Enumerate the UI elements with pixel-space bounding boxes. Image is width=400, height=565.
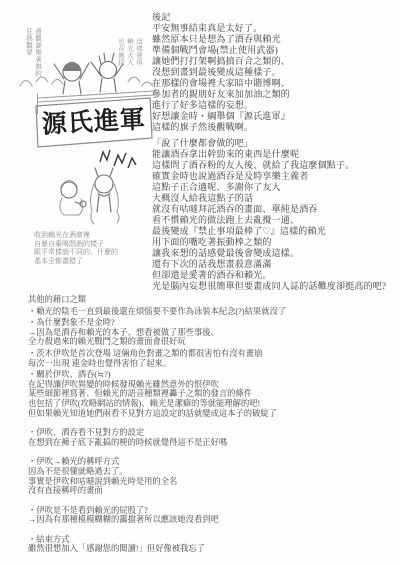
banner-flag: 源氏進軍 — [36, 98, 152, 147]
kintoki-figure-sketch — [54, 62, 89, 94]
left-note-column: 狂熱觀眾 — [24, 28, 33, 100]
note-line: ・伊吹→賴光的稱呼方式 — [28, 457, 286, 467]
left-margin-note: 邊觀賽舉著旗的 狂熱觀眾 — [24, 28, 42, 100]
text-line: 確實金時也說過酒吞是及時享樂主義者 — [152, 171, 386, 182]
afterword-paragraph-2: 「說了什麼都會做的吧」 能讓酒吞拿出幹勁來的東西是什麼呢 這樣問了酒吞粉的友人後… — [152, 138, 386, 292]
note-group: ・為什麼對象不是金時? →因為是酒吞和賴光的本子、想看被做了那些事後、 全力殺過… — [28, 318, 286, 347]
note-line: 沒有直接稱呼的畫面 — [28, 486, 286, 496]
note-line: 雖然很想加入「感謝您的閱讀!」但好像被我忘了 — [28, 544, 286, 554]
text-line: 大概沒人給我這點子的話 — [152, 193, 386, 204]
caption-line: 自暴自棄喝悶酒的樣子 — [34, 240, 118, 249]
note-group: ・茨木伊吹是首次登場 這倆角色對畫之類的都很害怕有沒有畫崩 每次一出現 連金時也… — [28, 349, 286, 368]
text-line: 看不慣賴光的做法跑上去亂攪一通、 — [152, 215, 386, 226]
text-line: 這樣問了酒吞粉的友人後、就給了我這麼個點子。 — [152, 160, 386, 171]
text-line: 「說了什麼都會做的吧」 — [152, 138, 386, 149]
text-line: 這樣的旗子然後觀戰啊。 — [152, 122, 290, 133]
note-line: 因為不是很懂就略過去了。 — [28, 467, 286, 477]
ibuki-figure-sketch — [60, 181, 86, 216]
text-line: 但卻還是愛著的酒吞和賴光。 — [152, 270, 386, 281]
caption-line: 收到賴光在酒席裡 — [34, 231, 118, 240]
text-line: 參加者的親朋好友來加加油之類的 — [152, 89, 290, 100]
note-line: ・賴光的陰毛一直到最後還在煩惱要不要作為泳裝本紀念(?)結果就沒了 — [28, 307, 286, 317]
text-line: 進行了好多這樣的妄想。 — [152, 100, 290, 111]
note-line: 每次一出現 連金時也覺得害怕了起來。 — [28, 359, 286, 369]
text-line: 能讓酒吞拿出幹勁來的東西是什麼呢 — [152, 149, 386, 160]
note-group: ・結束方式 雖然很想加入「感謝您的閱讀!」但好像被我忘了 — [28, 535, 286, 554]
banner-side-note: 這樣覺得 賴光大人 也在應援 — [116, 38, 143, 98]
left-note-column: 邊觀賽舉著旗的 — [33, 28, 42, 100]
note-line: ・茨木伊吹是首次登場 這倆角色對畫之類的都很害怕有沒有畫崩 — [28, 349, 286, 359]
text-line: 好想讓金時・綱舉個『源氏進軍』 — [152, 111, 290, 122]
note-line: 在記得讓伊吹異變的時候發現賴光雖然意外的恨伊吹 — [28, 380, 286, 390]
note-line: →因為是酒吞和賴光的本子、想看被做了那些事後、 — [28, 328, 286, 338]
note-group: ・伊吹→賴光的稱呼方式 因為不是很懂就略過去了。 事實是伊吹和咕噠說到賴光時是用… — [28, 457, 286, 495]
note-group: ・伊吹是不是看到賴光的屁股了? →因為有那種模模糊糊的靄擋著所以應該她沒看到吧 — [28, 506, 286, 525]
note-line: 但如果賴光知道她們兩看不見對方這設定的話就變成這本子的破綻了 — [28, 409, 286, 419]
text-line: 平安無事結束真是太好了。 — [152, 23, 290, 34]
afterword-paragraph-1: 後記 平安無事結束真是太好了。 雖然原本只是想為了酒吞與賴光 準備個戰鬥會場(禁… — [152, 12, 290, 133]
note-group: ・關於伊吹、酒吞(≒?) 在記得讓伊吹異變的時候發現賴光雖然意外的恨伊吹 某些細… — [28, 370, 286, 418]
afterword-page: 源氏進軍 邊觀賽舉著旗的 狂熱觀眾 這樣覺得 賴光大人 也在應援 — [0, 0, 400, 565]
excuse-notes: 其他的藉口之類 ・賴光的陰毛一直到最後還在煩惱要不要作為泳裝本紀念(?)結果就沒… — [28, 295, 286, 554]
note-group: ・賴光的陰毛一直到最後還在煩惱要不要作為泳裝本紀念(?)結果就沒了 — [28, 307, 286, 317]
caption-line: 跟平常樣貌不同的、什麼的 — [34, 248, 118, 257]
note-group: ・伊吹、酒吞看不見對方的設定 在想到在褲子底下亂搞的梗的時候就覺得這不是正好嗎 — [28, 428, 286, 447]
note-line: 在想到在褲子底下亂搞的梗的時候就覺得這不是正好嗎 — [28, 438, 286, 448]
text-line: 讓我來想的話感覺最後會變成這樣。 — [152, 248, 386, 259]
note-line: 事實是伊吹和咕噠說到賴光時是用的全名 — [28, 477, 286, 487]
note-line: →因為有那種模模糊糊的靄擋著所以應該她沒看到吧 — [28, 515, 286, 525]
text-line: 準備個戰鬥會場(禁止使用武器) — [152, 45, 290, 56]
note-line: ・關於伊吹、酒吞(≒?) — [28, 370, 286, 380]
text-line: 光是腦內妄想很簡單但要畫成同人誌的話難度卻挺高的吧? — [152, 281, 386, 292]
note-line: 也包括了伊吹(攻略網站的情報)、賴光是潔癖的等就能理解的吧! — [28, 399, 286, 409]
note-line: 某些細節裡寫著、但賴光的語音種類裡轟子之類的發言的條件 — [28, 389, 286, 399]
left-note-dash — [37, 94, 38, 114]
right-note-column: 這樣覺得 — [134, 38, 143, 98]
lightning-marks-icon — [100, 150, 136, 168]
text-line: 還有下次的話我想畫殺意滿滿 — [152, 259, 386, 270]
drinking-sketch-caption: 收到賴光在酒席裡 自暴自棄喝悶酒的樣子 跟平常樣貌不同的、什麼的 基本全都畫錯了 — [34, 231, 118, 265]
text-line: 在那樣的會場裡大家暗中賭博啊、 — [152, 78, 290, 89]
text-line: 最後變成『禁止事項最棒了♡』這樣的賴光 — [152, 226, 386, 237]
text-line: 就沒有咕噠拜託酒吞的畫面、單純是酒吞 — [152, 204, 386, 215]
text-line: 讓她們打打架啊搞搞百合之類的、 — [152, 56, 290, 67]
text-line: 這點子正合適呢、多謝你了友人 — [152, 182, 386, 193]
drinking-sketch-drawing — [48, 146, 143, 238]
note-line: ・為什麼對象不是金時? — [28, 318, 286, 328]
text-line: 用下面的嘴吃著振動棒之類的 — [152, 237, 386, 248]
shuten-figure-sketch — [91, 168, 119, 224]
text-line: 沒想到畫到最後變成這種樣子。 — [152, 67, 290, 78]
note-line: ・伊吹、酒吞看不見對方的設定 — [28, 428, 286, 438]
text-line: 雖然原本只是想為了酒吞與賴光 — [152, 34, 290, 45]
caption-line: 基本全都畫錯了 — [34, 257, 118, 266]
note-line: ・伊吹是不是看到賴光的屁股了? — [28, 506, 286, 516]
afterword-title: 後記 — [152, 12, 290, 23]
right-note-column: 賴光大人 — [125, 38, 134, 98]
drinking-sketch — [48, 146, 143, 238]
right-note-column: 也在應援 — [116, 38, 125, 98]
notes-heading: 其他的藉口之類 — [28, 295, 286, 305]
note-line: 全力殺過來的賴光戰鬥之類的畫面會很好玩 — [28, 337, 286, 347]
